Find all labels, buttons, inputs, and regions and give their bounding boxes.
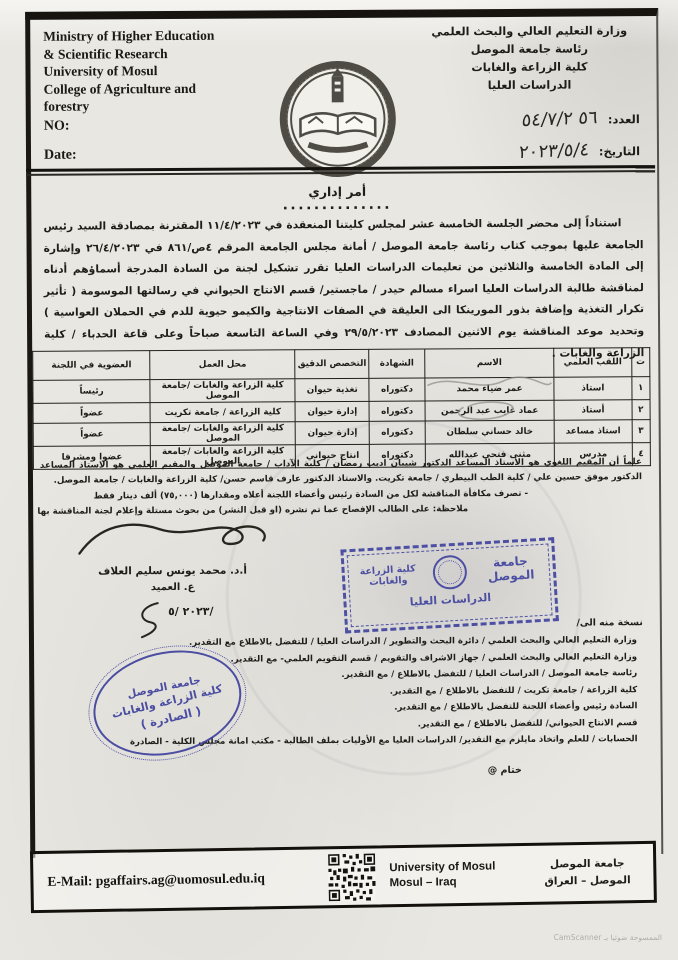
date-label-ar: التاريخ: <box>599 144 640 158</box>
header-line-ar: كلية الزراعة والغابات <box>421 58 637 77</box>
ministry-header-ar: وزارة التعليم العالي والبحث العلميرئاسة … <box>421 22 637 95</box>
date-value-handwritten: ٢٠٢٣/٥/٤ <box>518 139 590 163</box>
signature-block: أ.د. محمد يونس سليم العلاف ع. العميد ٢٠٢… <box>58 516 287 639</box>
header-line-ar: وزارة التعليم العالي والبحث العلمي <box>421 22 637 41</box>
header-line-ar: الدراسات العليا <box>422 76 638 95</box>
signature-date: ٢٠٢٣ /٥/ <box>168 605 214 618</box>
number-label: العدد: <box>608 112 640 126</box>
table-cell: ١ <box>631 377 650 400</box>
column-header: محل العمل <box>150 350 295 380</box>
number-value-handwritten: ٥٦ ٥٤/٧/٢ <box>521 107 599 131</box>
dean-title: ع. العميد <box>59 581 287 593</box>
column-header: العضوية في اللجنة <box>33 351 150 381</box>
table-cell: كلية الزراعة والغابات /جامعة الموصل <box>150 379 295 403</box>
qr-code <box>328 853 376 901</box>
distribution-item: وزارة التعليم العالي والبحث العلمي / دائ… <box>52 634 637 650</box>
header-line-en: University of Mosul <box>43 61 263 80</box>
stamp-college-text: كلية الزراعة والغابات <box>355 563 420 589</box>
stamp-university-text: جامعة الموصل <box>479 553 543 585</box>
document-date-row: التاريخ: ٢٠٢٣/٥/٤ <box>390 140 640 163</box>
table-cell: ٢ <box>632 400 651 420</box>
header-line-en: College of Agriculture and <box>44 79 264 98</box>
column-header: التخصص الدقيق <box>295 349 369 378</box>
table-cell: عضواً <box>33 403 150 424</box>
table-cell: ٣ <box>632 420 651 443</box>
table-cell: إدارة حيوان <box>295 401 369 421</box>
university-seal <box>278 60 397 179</box>
table-cell: تغذية حيوان <box>295 378 369 401</box>
column-header: ت <box>631 348 650 377</box>
ministry-header-en: Ministry of Higher Education& Scientific… <box>43 26 264 115</box>
evaluators-note: علماً أن المقيم اللغوي هو الأستاذ المساع… <box>40 455 642 489</box>
document-sheet: Ministry of Higher Education& Scientific… <box>0 0 678 960</box>
distribution-heading: نسخة منه الى/ <box>576 617 643 628</box>
date-label-en: Date: <box>44 148 77 164</box>
university-en-line2: Mosul – Iraq <box>389 874 521 891</box>
document-number-row: العدد: ٥٦ ٥٤/٧/٢ <box>390 108 640 131</box>
university-ar-line2: الموصل – العراق <box>535 872 639 891</box>
table-cell: دكتوراه <box>369 421 425 444</box>
university-ar-line1: جامعة الموصل <box>535 855 639 874</box>
header-line-ar: رئاسة جامعة الموصل <box>421 40 637 59</box>
stamp-inner-border: جامعة الموصل كلية الزراعة والغابات الدرا… <box>347 543 553 627</box>
table-cell: رئيساً <box>33 380 150 404</box>
handwritten-table-scribbles <box>419 371 579 432</box>
header-line-en: & Scientific Research <box>43 44 263 63</box>
table-cell: كلية الزراعة / جامعة تكريت <box>150 402 295 423</box>
table-cell: دكتوراه <box>369 401 425 421</box>
camscanner-watermark: الممسوحة ضوئيا بـ CamScanner <box>554 933 662 942</box>
university-name-ar: جامعة الموصل الموصل – العراق <box>535 855 640 891</box>
header-line-en: Ministry of Higher Education <box>43 26 263 45</box>
graduate-studies-stamp: جامعة الموصل كلية الزراعة والغابات الدرا… <box>340 537 559 633</box>
university-name-en: University of Mosul Mosul – Iraq <box>389 859 521 891</box>
order-body: استناداً إلى محضر الجلسة الخامسة عشر لمج… <box>43 212 644 367</box>
scanned-document: Ministry of Higher Education& Scientific… <box>0 0 678 960</box>
dean-name: أ.د. محمد يونس سليم العلاف <box>59 564 287 577</box>
header-line-en: forestry <box>44 96 264 115</box>
email-address: E-Mail: pgaffairs.ag@uomosul.edu.iq <box>47 869 314 889</box>
stamp-emblem <box>432 554 468 590</box>
no-label: NO: <box>44 119 70 135</box>
table-cell: إدارة حيوان <box>295 421 369 444</box>
signature-stroke <box>65 516 280 561</box>
table-cell: كلية الزراعة والغابات /جامعة الموصل <box>150 422 295 446</box>
column-header: الشهادة <box>369 349 425 378</box>
signature-date-swoosh <box>132 597 164 639</box>
table-cell: عضواً <box>33 423 150 447</box>
footer-bar: E-Mail: pgaffairs.ag@uomosul.edu.iq Univ… <box>30 841 657 913</box>
closing-initials: ختام @ <box>488 765 522 776</box>
table-cell: دكتوراه <box>369 378 425 401</box>
